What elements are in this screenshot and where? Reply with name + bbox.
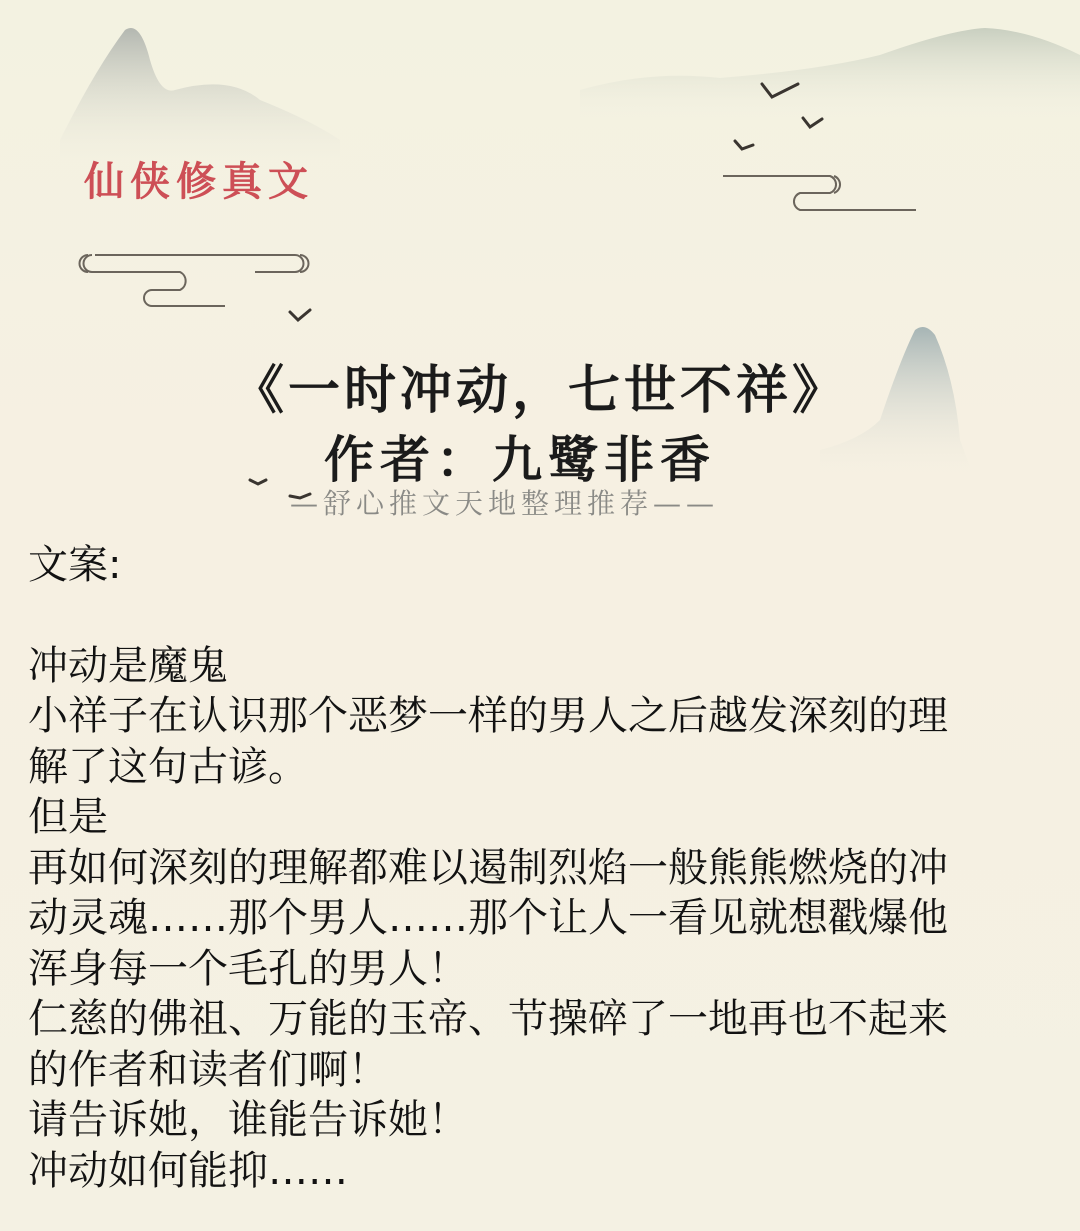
synopsis-line: 仁慈的佛祖、万能的玉帝、节操碎了一地再也不起来 (28, 994, 1058, 1045)
synopsis-line: 再如何深刻的理解都难以遏制烈焰一般熊熊燃烧的冲 (28, 843, 1058, 894)
synopsis-line: 请告诉她，谁能告诉她！ (28, 1095, 1058, 1146)
cloud-scroll-left-icon (80, 255, 309, 306)
synopsis-line: 小祥子在认识那个恶梦一样的男人之后越发深刻的理 (28, 691, 1058, 742)
synopsis-line: 冲动是魔鬼 (28, 641, 1058, 692)
synopsis-label: 文案: (28, 540, 1058, 591)
synopsis-line: 浑身每一个毛孔的男人！ (28, 944, 1058, 995)
left-mountain-icon (60, 28, 340, 170)
synopsis-line: 解了这句古谚。 (28, 742, 1058, 793)
cloud-scroll-right-icon (723, 176, 916, 210)
genre-tag: 仙侠修真文 (84, 150, 314, 207)
synopsis: 文案: 冲动是魔鬼 小祥子在认识那个恶梦一样的男人之后越发深刻的理 解了这句古谚… (28, 540, 1058, 1196)
synopsis-line: 冲动如何能抑…… (28, 1146, 1058, 1197)
synopsis-line: 但是 (28, 792, 1058, 843)
book-title: 《一时冲动，七世不祥》 (0, 348, 1080, 423)
synopsis-line: 的作者和读者们啊！ (28, 1045, 1058, 1096)
right-mountain-range-icon (580, 28, 1080, 120)
credit-line: —舒心推文天地整理推荐—— (290, 482, 719, 522)
synopsis-line: 动灵魂……那个男人……那个让人一看见就想戳爆他 (28, 893, 1058, 944)
